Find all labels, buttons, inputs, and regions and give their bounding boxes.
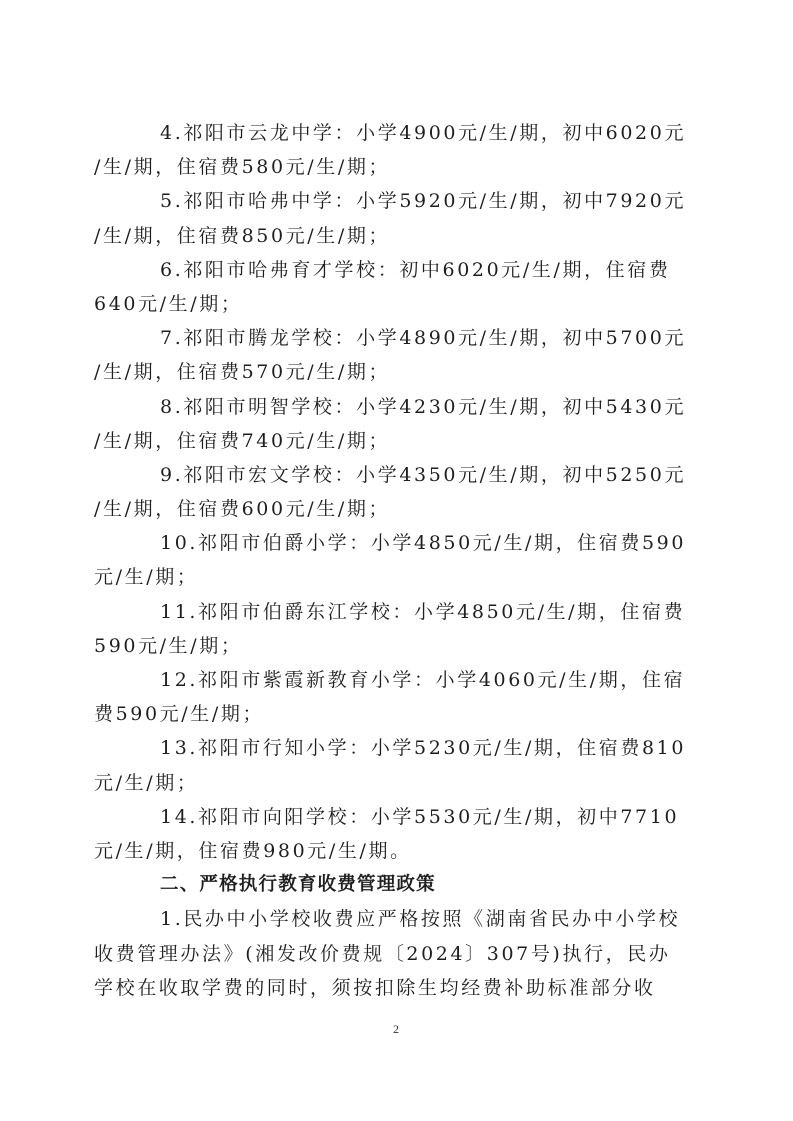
fee-item-line: 元/生/期； [94,560,706,594]
fee-item-line: /生/期，住宿费740元/生/期； [94,424,706,458]
paragraph-line: 1.民办中小学校收费应严格按照《湖南省民办中小学校 [94,902,706,936]
fee-item-line: 7.祁阳市腾龙学校：小学4890元/生/期，初中5700元 [94,321,706,355]
fee-item-line: 12.祁阳市紫霞新教育小学：小学4060元/生/期，住宿 [94,663,706,697]
fee-item-line: 6.祁阳市哈弗育才学校：初中6020元/生/期，住宿费 [94,253,706,287]
fee-item-line: /生/期，住宿费600元/生/期； [94,492,706,526]
fee-item-line: 640元/生/期； [94,287,706,321]
fee-item-line: 费590元/生/期； [94,697,706,731]
fee-item-line: 14.祁阳市向阳学校：小学5530元/生/期，初中7710 [94,800,706,834]
fee-item-line: 元/生/期，住宿费980元/生/期。 [94,834,706,868]
paragraph-line: 学校在收取学费的同时，须按扣除生均经费补助标准部分收 [94,971,706,1005]
fee-item-line: /生/期，住宿费580元/生/期； [94,150,706,184]
fee-item-line: 8.祁阳市明智学校：小学4230元/生/期，初中5430元 [94,390,706,424]
fee-item-line: 9.祁阳市宏文学校：小学4350元/生/期，初中5250元 [94,458,706,492]
page-number: 2 [393,1022,399,1037]
fee-item-line: 元/生/期； [94,766,706,800]
fee-item-line: 13.祁阳市行知小学：小学5230元/生/期，住宿费810 [94,731,706,765]
document-page: 4.祁阳市云龙中学：小学4900元/生/期，初中6020元 /生/期，住宿费58… [94,116,706,1005]
fee-item-line: 5.祁阳市哈弗中学：小学5920元/生/期，初中7920元 [94,184,706,218]
paragraph-line: 收费管理办法》(湘发改价费规〔2024〕307号)执行，民办 [94,937,706,971]
fee-item-line: 4.祁阳市云龙中学：小学4900元/生/期，初中6020元 [94,116,706,150]
fee-item-line: 10.祁阳市伯爵小学：小学4850元/生/期，住宿费590 [94,526,706,560]
section-heading: 二、严格执行教育收费管理政策 [94,868,706,902]
fee-item-line: /生/期，住宿费850元/生/期； [94,219,706,253]
fee-item-line: 11.祁阳市伯爵东江学校：小学4850元/生/期，住宿费 [94,595,706,629]
fee-item-line: /生/期，住宿费570元/生/期； [94,355,706,389]
fee-item-line: 590元/生/期； [94,629,706,663]
